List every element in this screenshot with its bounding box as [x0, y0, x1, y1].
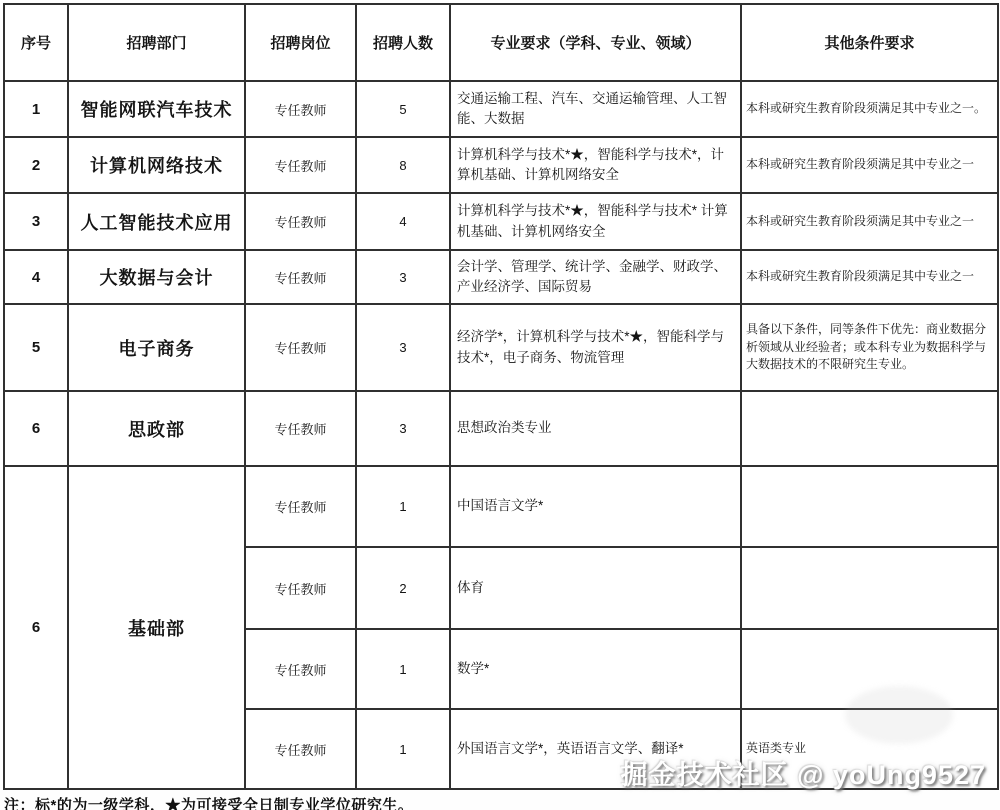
cell-major: 体育 [450, 547, 741, 629]
table-row: 6 基础部 专任教师 1 中国语言文学* [4, 466, 998, 547]
cell-position: 专任教师 [245, 250, 356, 304]
cell-dept: 思政部 [68, 391, 245, 466]
cell-position: 专任教师 [245, 81, 356, 137]
header-count: 招聘人数 [356, 4, 450, 81]
page: 序号 招聘部门 招聘岗位 招聘人数 专业要求（学科、专业、领域） 其他条件要求 … [0, 3, 1000, 810]
cell-position: 专任教师 [245, 137, 356, 193]
cell-position: 专任教师 [245, 193, 356, 250]
cell-other [741, 547, 998, 629]
header-no: 序号 [4, 4, 68, 81]
cell-count: 1 [356, 629, 450, 709]
cell-other: 本科或研究生教育阶段须满足其中专业之一 [741, 193, 998, 250]
cell-count: 8 [356, 137, 450, 193]
table-row: 3 人工智能技术应用 专任教师 4 计算机科学与技术*★，智能科学与技术* 计算… [4, 193, 998, 250]
cell-count: 4 [356, 193, 450, 250]
cell-major: 交通运输工程、汽车、交通运输管理、人工智能、大数据 [450, 81, 741, 137]
cell-dept: 大数据与会计 [68, 250, 245, 304]
cell-other: 本科或研究生教育阶段须满足其中专业之一 [741, 250, 998, 304]
cell-other: 英语类专业 [741, 709, 998, 789]
cell-dept-merged: 基础部 [68, 466, 245, 789]
footnote: 注：标*的为一级学科，★为可接受全日制专业学位研究生。 [4, 794, 1000, 810]
cell-no: 6 [4, 391, 68, 466]
cell-major: 思想政治类专业 [450, 391, 741, 466]
header-other: 其他条件要求 [741, 4, 998, 81]
cell-major: 中国语言文学* [450, 466, 741, 547]
header-row: 序号 招聘部门 招聘岗位 招聘人数 专业要求（学科、专业、领域） 其他条件要求 [4, 4, 998, 81]
cell-other [741, 466, 998, 547]
cell-count: 3 [356, 250, 450, 304]
table-row: 4 大数据与会计 专任教师 3 会计学、管理学、统计学、金融学、财政学、产业经济… [4, 250, 998, 304]
cell-position: 专任教师 [245, 466, 356, 547]
table-row: 5 电子商务 专任教师 3 经济学*，计算机科学与技术*★，智能科学与技术*，电… [4, 304, 998, 391]
cell-position: 专任教师 [245, 304, 356, 391]
cell-no-merged: 6 [4, 466, 68, 789]
cell-major: 会计学、管理学、统计学、金融学、财政学、产业经济学、国际贸易 [450, 250, 741, 304]
cell-position: 专任教师 [245, 391, 356, 466]
cell-other: 本科或研究生教育阶段须满足其中专业之一。 [741, 81, 998, 137]
cell-count: 3 [356, 391, 450, 466]
cell-other: 具备以下条件，同等条件下优先：商业数据分析领域从业经验者；或本科专业为数据科学与… [741, 304, 998, 391]
table-row: 1 智能网联汽车技术 专任教师 5 交通运输工程、汽车、交通运输管理、人工智能、… [4, 81, 998, 137]
table-row: 2 计算机网络技术 专任教师 8 计算机科学与技术*★，智能科学与技术*，计算机… [4, 137, 998, 193]
cell-count: 5 [356, 81, 450, 137]
cell-no: 4 [4, 250, 68, 304]
cell-count: 1 [356, 709, 450, 789]
cell-position: 专任教师 [245, 547, 356, 629]
cell-no: 3 [4, 193, 68, 250]
cell-count: 3 [356, 304, 450, 391]
cell-dept: 智能网联汽车技术 [68, 81, 245, 137]
header-dept: 招聘部门 [68, 4, 245, 81]
cell-other [741, 391, 998, 466]
cell-dept: 计算机网络技术 [68, 137, 245, 193]
header-major: 专业要求（学科、专业、领域） [450, 4, 741, 81]
table-row: 6 思政部 专任教师 3 思想政治类专业 [4, 391, 998, 466]
cell-major: 数学* [450, 629, 741, 709]
cell-other: 本科或研究生教育阶段须满足其中专业之一 [741, 137, 998, 193]
cell-major: 外国语言文学*，英语语言文学、翻译* [450, 709, 741, 789]
cell-count: 1 [356, 466, 450, 547]
cell-major: 计算机科学与技术*★，智能科学与技术* 计算机基础、计算机网络安全 [450, 193, 741, 250]
cell-position: 专任教师 [245, 709, 356, 789]
cell-position: 专任教师 [245, 629, 356, 709]
cell-major: 计算机科学与技术*★，智能科学与技术*，计算机基础、计算机网络安全 [450, 137, 741, 193]
cell-other [741, 629, 998, 709]
recruitment-table: 序号 招聘部门 招聘岗位 招聘人数 专业要求（学科、专业、领域） 其他条件要求 … [3, 3, 999, 790]
cell-no: 5 [4, 304, 68, 391]
cell-dept: 人工智能技术应用 [68, 193, 245, 250]
cell-no: 2 [4, 137, 68, 193]
cell-major: 经济学*，计算机科学与技术*★，智能科学与技术*，电子商务、物流管理 [450, 304, 741, 391]
header-position: 招聘岗位 [245, 4, 356, 81]
cell-dept: 电子商务 [68, 304, 245, 391]
cell-no: 1 [4, 81, 68, 137]
cell-count: 2 [356, 547, 450, 629]
